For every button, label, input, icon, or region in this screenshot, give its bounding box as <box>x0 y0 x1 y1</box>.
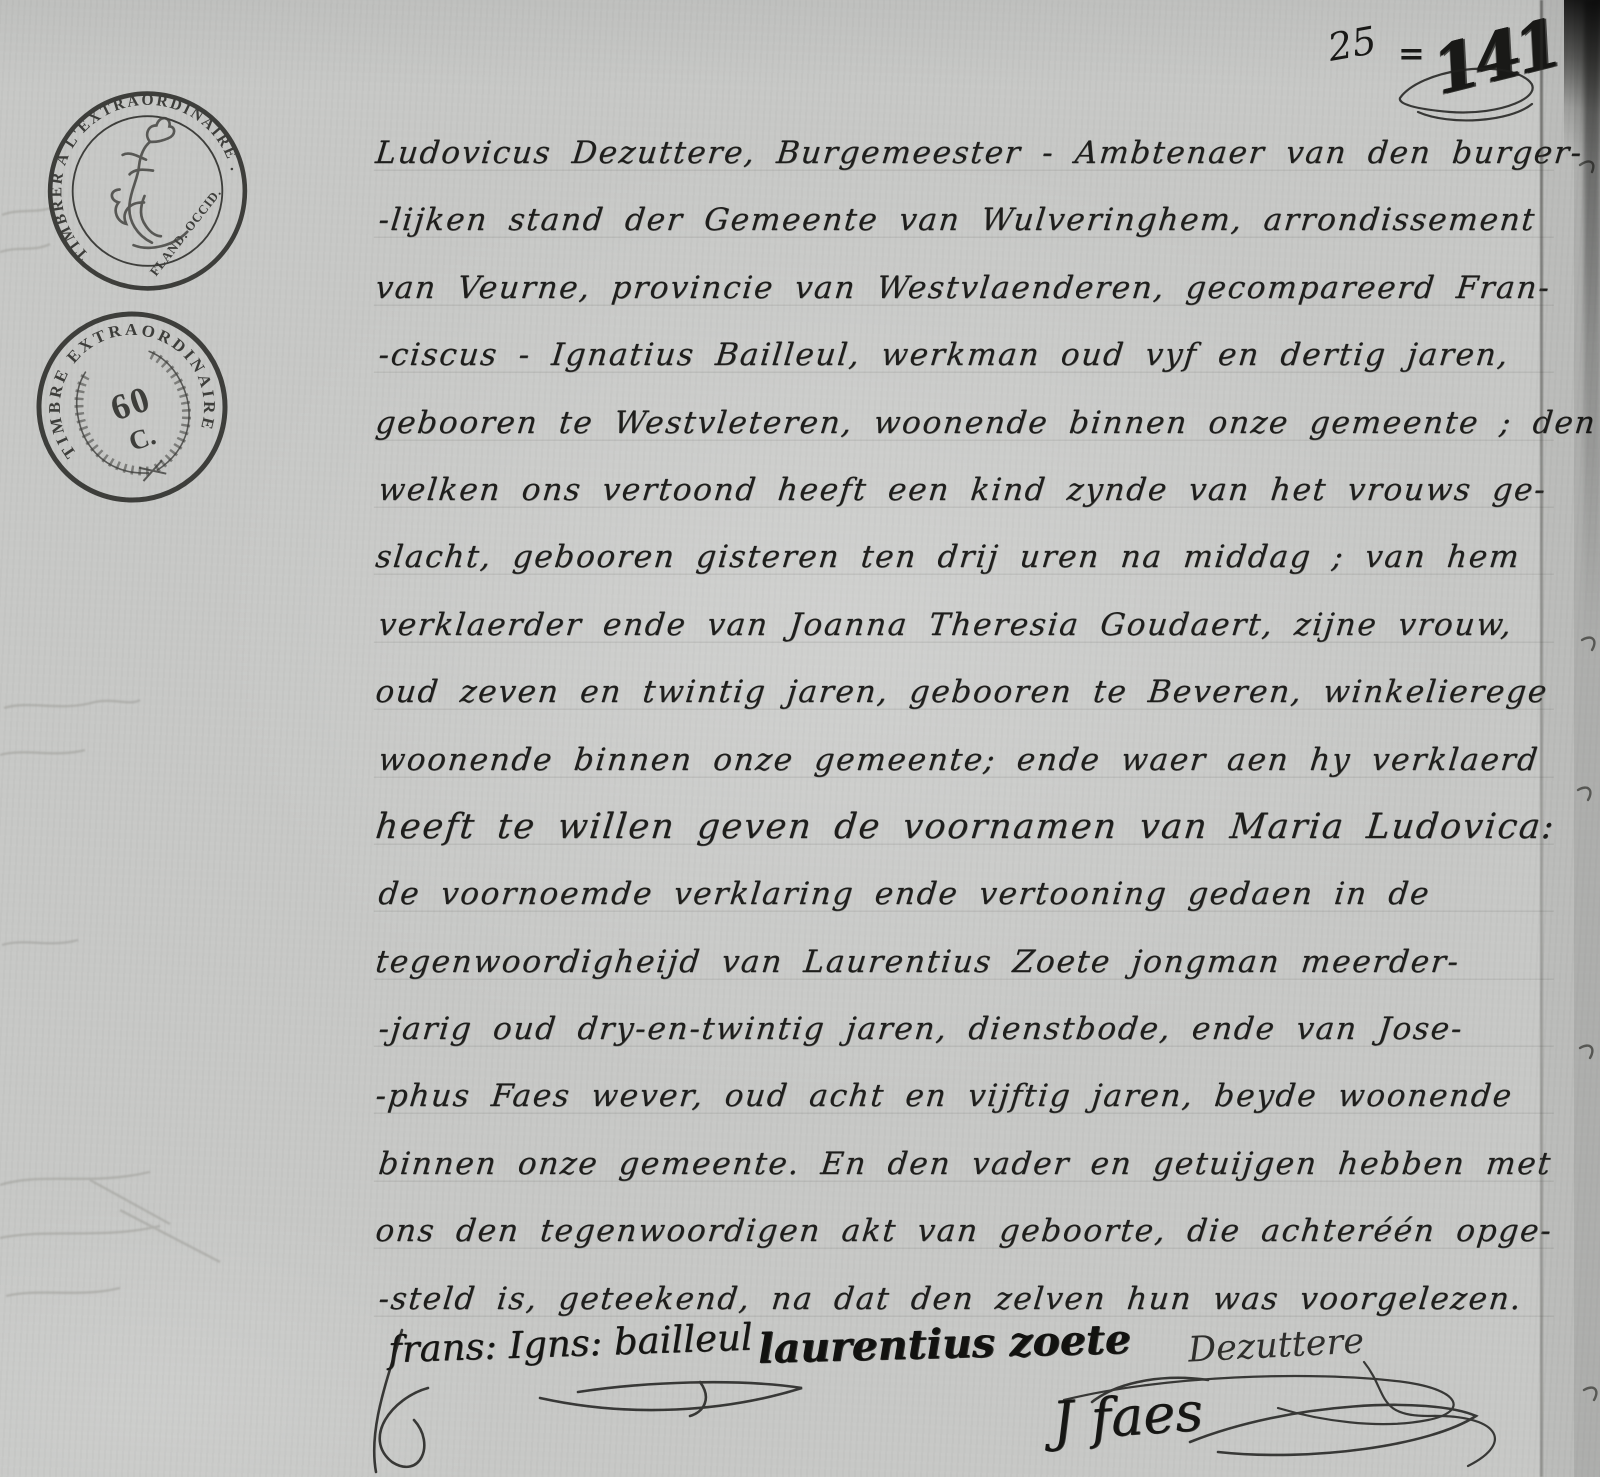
equals-mark: = <box>1398 34 1425 72</box>
text-line: heeft te willen geven de voornamen van M… <box>372 794 1559 861</box>
text-line: ons den tegenwoordigen akt van geboorte,… <box>372 1198 1559 1265</box>
text-line: -phus Faes wever, oud acht en vijftig ja… <box>372 1063 1559 1130</box>
text-line: oud zeven en twintig jaren, gebooren te … <box>372 659 1559 726</box>
revenue-stamp-60c: TIMBRE EXTRAORDINAIRE 60 C. <box>6 280 259 534</box>
text-line: verklaerder ende van Joanna Theresia Gou… <box>372 592 1559 659</box>
text-line: de voornoemde verklaring ende vertooning… <box>372 861 1559 928</box>
revenue-stamp-lion: TIMBRER A L'EXTRAORDINAIRE . FLAND. OCCI… <box>23 64 273 317</box>
text-line: -lijken stand der Gemeente van Wulvering… <box>372 187 1559 254</box>
text-line: -ciscus - Ignatius Bailleul, werkman oud… <box>372 322 1559 389</box>
text-line: tegenwoordigheijd van Laurentius Zoete j… <box>372 929 1559 996</box>
text-line: -jarig oud dry-en-twintig jaren, dienstb… <box>372 996 1559 1063</box>
text-line: binnen onze gemeente. En den vader en ge… <box>372 1131 1559 1198</box>
text-line: Ludovicus Dezuttere, Burgemeester - Ambt… <box>372 120 1559 187</box>
text-line: woonende binnen onze gemeente; ende waer… <box>372 727 1559 794</box>
signature-zoete: laurentius zoete <box>757 1315 1131 1373</box>
stamp-unit: C. <box>125 420 159 457</box>
text-line: van Veurne, provincie van Westvlaenderen… <box>372 255 1559 322</box>
signature-faes: J faes <box>1050 1380 1205 1453</box>
dark-corner <box>1564 0 1600 160</box>
text-line: slacht, gebooren gisteren ten drij uren … <box>372 524 1559 591</box>
text-line: welken ons vertoond heeft een kind zynde… <box>372 457 1559 524</box>
page-number: 25 <box>1325 18 1380 70</box>
signature-dezuttere: Dezuttere <box>1187 1321 1365 1370</box>
flemish-lion-icon <box>96 116 200 255</box>
scanned-birth-act-page: { "page": { "page_number": "25", "equals… <box>0 0 1600 1477</box>
text-line: gebooren te Westvleteren, woonende binne… <box>372 390 1559 457</box>
act-text-body: Ludovicus Dezuttere, Burgemeester - Ambt… <box>372 120 1552 1333</box>
